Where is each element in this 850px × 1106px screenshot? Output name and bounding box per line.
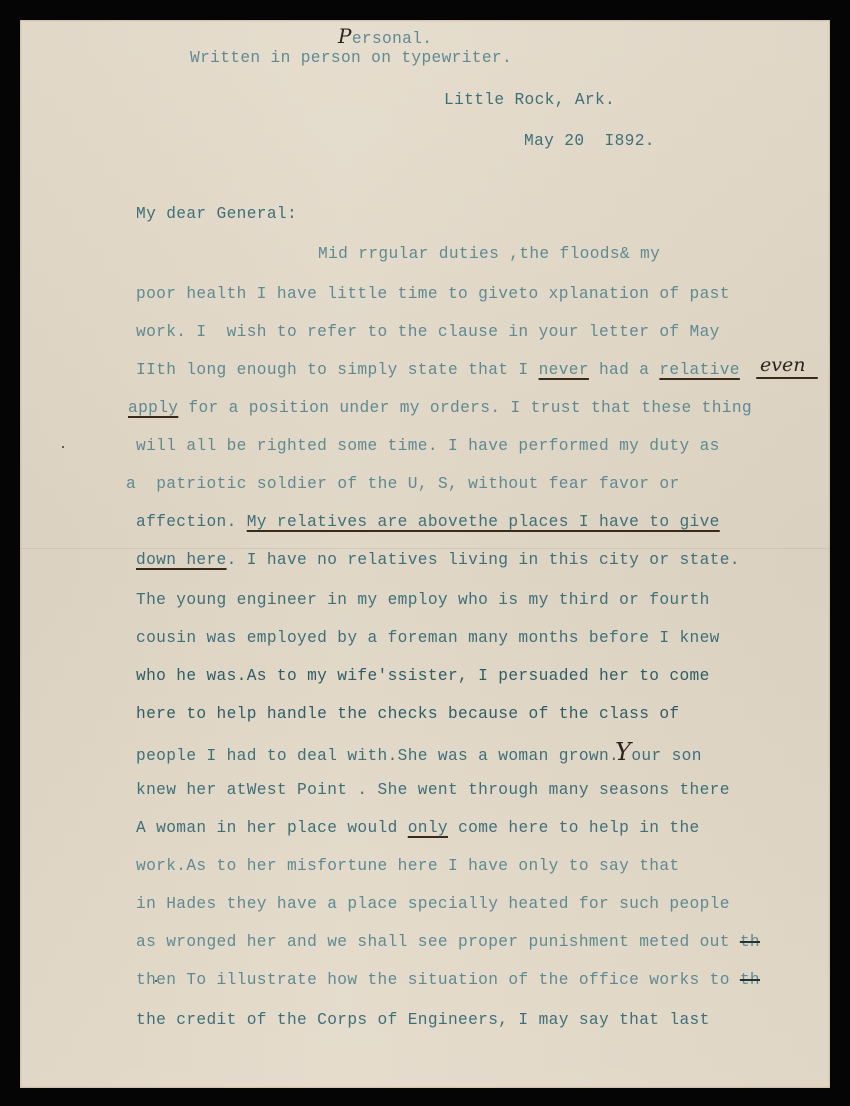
- underlined-never: never: [539, 361, 589, 379]
- paper-speck: [62, 446, 64, 448]
- body-text: had a: [589, 361, 659, 379]
- body-line-2: poor health I have little time to giveto…: [136, 284, 730, 304]
- body-text: come here to help in the: [448, 819, 700, 837]
- body-text: affection.: [136, 513, 247, 531]
- body-text: as wronged her and we shall see proper p…: [136, 933, 740, 951]
- struck-th: th: [740, 933, 760, 951]
- header-date: May 20 I892.: [524, 131, 655, 151]
- handwritten-even: even: [760, 354, 805, 376]
- body-text: people I had to deal with.She was a woma…: [136, 747, 629, 765]
- body-line-9: down here. I have no relatives living in…: [136, 550, 740, 570]
- body-line-16: A woman in her place would only come her…: [136, 818, 700, 838]
- body-line-8: affection. My relatives are abovethe pla…: [136, 512, 720, 532]
- body-line-13: here to help handle the checks because o…: [136, 704, 679, 724]
- underlined-down-here: down here: [136, 551, 227, 569]
- body-line-14: people I had to deal with.She was a woma…: [136, 742, 702, 766]
- body-line-4: IIth long enough to simply state that I …: [136, 360, 740, 380]
- handwritten-y: Y: [615, 738, 631, 766]
- fold-crease: [20, 548, 830, 549]
- body-text: our son: [631, 747, 701, 765]
- body-line-3: work. I wish to refer to the clause in y…: [136, 322, 720, 342]
- body-line-15: knew her atWest Point . She went through…: [136, 780, 730, 800]
- body-line-5: apply for a position under my orders. I …: [128, 398, 752, 418]
- body-text: for a position under my orders. I trust …: [178, 399, 752, 417]
- struck-th: th: [740, 971, 760, 989]
- header-note: Written in person on typewriter.: [190, 48, 512, 68]
- body-line-10: The young engineer in my employ who is m…: [136, 590, 710, 610]
- body-line-6: will all be righted some time. I have pe…: [136, 436, 720, 456]
- personal-marking: Personal.: [338, 26, 432, 49]
- underlined-relative: relative: [659, 361, 740, 379]
- body-line-12: who he was.As to my wife'ssister, I pers…: [136, 666, 710, 686]
- body-line-18: in Hades they have a place specially hea…: [136, 894, 730, 914]
- handwritten-p: P: [338, 24, 352, 48]
- body-line-21: the credit of the Corps of Engineers, I …: [136, 1010, 710, 1030]
- personal-marking-text: ersonal.: [352, 30, 433, 48]
- body-line-1: Mid rrgular duties ,the floods& my: [318, 244, 660, 264]
- body-line-20: then To illustrate how the situation of …: [136, 970, 760, 990]
- underlined-apply: apply: [128, 399, 178, 417]
- underlined-relatives-phrase: My relatives are abovethe places I have …: [247, 513, 720, 531]
- body-line-7: a patriotic soldier of the U, S, without…: [126, 474, 680, 494]
- even-underline: [756, 377, 818, 379]
- body-text: IIth long enough to simply state that I: [136, 361, 539, 379]
- body-text: then To illustrate how the situation of …: [136, 971, 740, 989]
- body-text: A woman in her place would: [136, 819, 408, 837]
- body-line-19: as wronged her and we shall see proper p…: [136, 932, 760, 952]
- body-text: . I have no relatives living in this cit…: [227, 551, 740, 569]
- underlined-only: only: [408, 819, 448, 837]
- body-line-17: work.As to her misfortune here I have on…: [136, 856, 679, 876]
- header-place: Little Rock, Ark.: [444, 90, 615, 110]
- body-line-11: cousin was employed by a foreman many mo…: [136, 628, 720, 648]
- letter-page: Personal. Written in person on typewrite…: [20, 20, 830, 1088]
- pen-dot: [155, 980, 157, 982]
- salutation: My dear General:: [136, 204, 297, 224]
